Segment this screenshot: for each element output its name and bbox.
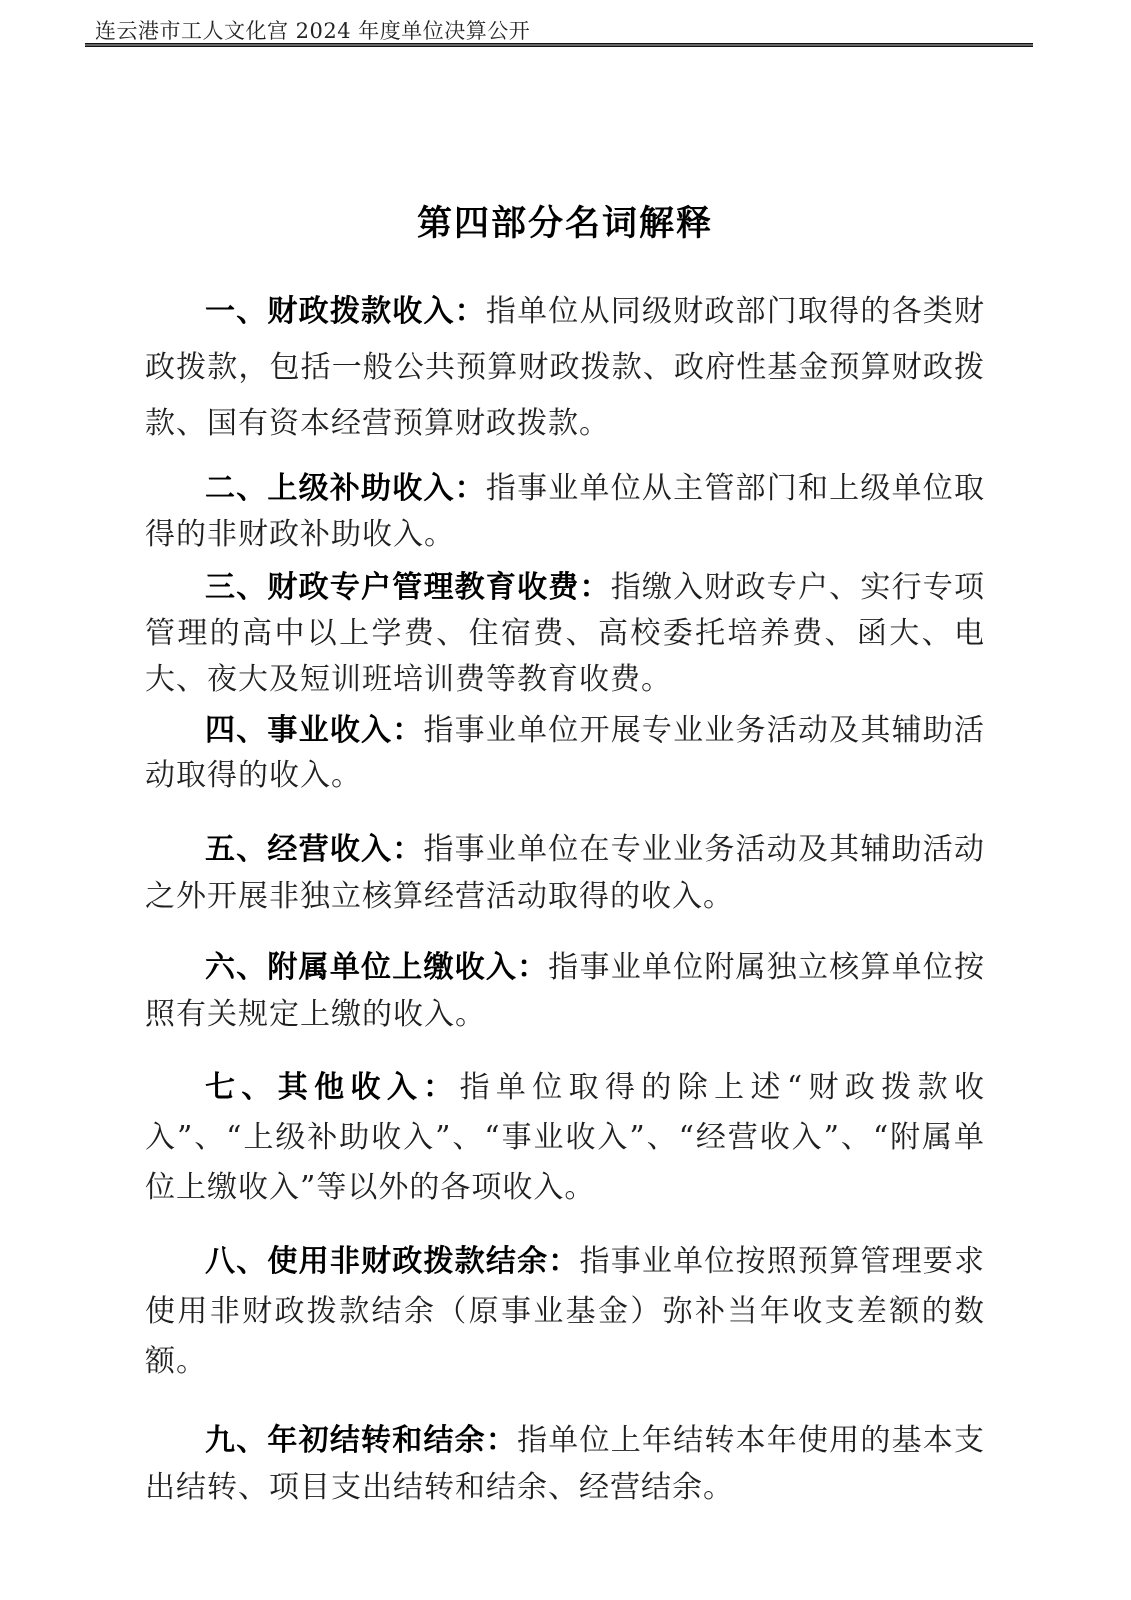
term-paragraph-2: 二、上级补助收入：指事业单位从主管部门和上级单位取得的非财政补助收入。 — [145, 466, 985, 558]
term-label: 七、其他收入： — [205, 1070, 460, 1105]
term-label: 六、附属单位上缴收入： — [205, 950, 548, 985]
term-paragraph-4: 四、事业收入：指事业单位开展专业业务活动及其辅助活动取得的收入。 — [145, 708, 985, 798]
term-label: 三、财政专户管理教育收费： — [205, 570, 611, 605]
page-title: 第四部分名词解释 — [145, 198, 985, 250]
term-paragraph-6: 六、附属单位上缴收入：指事业单位附属独立核算单位按照有关规定上缴的收入。 — [145, 944, 985, 1038]
document-page: 连云港市工人文化宫 2024 年度单位决算公开 第四部分名词解释 一、财政拨款收… — [0, 0, 1131, 1600]
term-label: 二、上级补助收入： — [205, 471, 486, 506]
document-body: 第四部分名词解释 一、财政拨款收入：指单位从同级财政部门取得的各类财政拨款，包括… — [145, 0, 985, 1511]
term-label: 九、年初结转和结余： — [205, 1423, 517, 1458]
term-paragraph-1: 一、财政拨款收入：指单位从同级财政部门取得的各类财政拨款，包括一般公共预算财政拨… — [145, 284, 985, 452]
term-label: 一、财政拨款收入： — [205, 294, 486, 329]
term-label: 四、事业收入： — [205, 713, 423, 748]
term-paragraph-3: 三、财政专户管理教育收费：指缴入财政专户、实行专项管理的高中以上学费、住宿费、高… — [145, 565, 985, 703]
term-paragraph-5: 五、经营收入：指事业单位在专业业务活动及其辅助活动之外开展非独立核算经营活动取得… — [145, 826, 985, 920]
term-paragraph-9: 九、年初结转和结余：指单位上年结转本年使用的基本支出结转、项目支出结转和结余、经… — [145, 1417, 985, 1511]
term-paragraph-8: 八、使用非财政拨款结余：指事业单位按照预算管理要求使用非财政拨款结余（原事业基金… — [145, 1237, 985, 1387]
term-label: 八、使用非财政拨款结余： — [205, 1244, 580, 1279]
term-label: 五、经营收入： — [205, 832, 423, 867]
term-paragraph-7: 七、其他收入：指单位取得的除上述“财政拨款收入”、“上级补助收入”、“事业收入”… — [145, 1063, 985, 1213]
